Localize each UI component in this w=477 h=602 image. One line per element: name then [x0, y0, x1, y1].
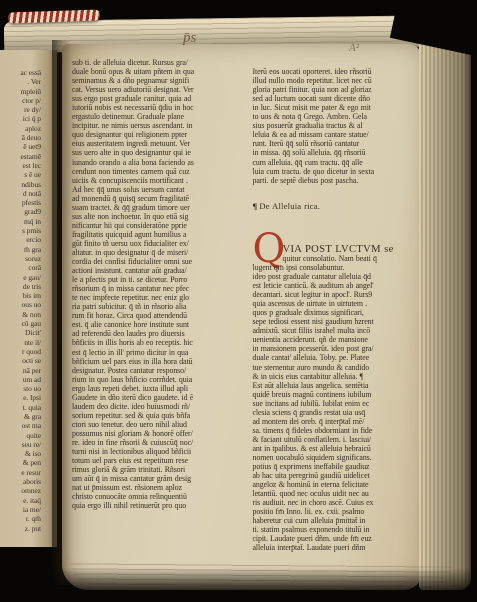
right-column-body-text: VIA POST LVCTVM se quitur consolatio. Na…	[253, 245, 419, 553]
bottom-shadow	[0, 568, 477, 602]
pilcrow-mark: ¶	[253, 201, 258, 211]
signature-mark: p̄s	[183, 30, 196, 47]
facing-page-edge: ac essā . Ver mpleiū ctor p/ re dy/ ici …	[0, 50, 57, 547]
chapter-heading-text: De Alleluia rica.	[259, 201, 320, 211]
chapter-heading: ¶De Alleluia rica.	[253, 202, 419, 211]
folio-mark: A²	[349, 42, 359, 54]
right-column-intro-text: Iterū eos uocati oporteret. ideo rñsoriū…	[253, 67, 419, 185]
left-column-text: sub ti. de alleluia dicetur. Rursus gra/…	[72, 58, 238, 571]
right-column: Iterū eos uocati oporteret. ideo rñsoriū…	[253, 58, 419, 571]
dropcap-paragraph: Q VIA POST LVCTVM se quitur consolatio. …	[253, 227, 419, 562]
gutter-shadow	[52, 40, 72, 585]
rubricated-initial-q: Q	[253, 237, 280, 262]
book-photo: ac essā . Ver mpleiū ctor p/ re dy/ ici …	[0, 0, 477, 602]
fore-edge-stack	[419, 34, 471, 590]
text-block: sub ti. de alleluia dicetur. Rursus gra/…	[72, 58, 418, 571]
facing-page-text-fragments: ac essā . Ver mpleiū ctor p/ re dy/ ici …	[0, 68, 41, 533]
